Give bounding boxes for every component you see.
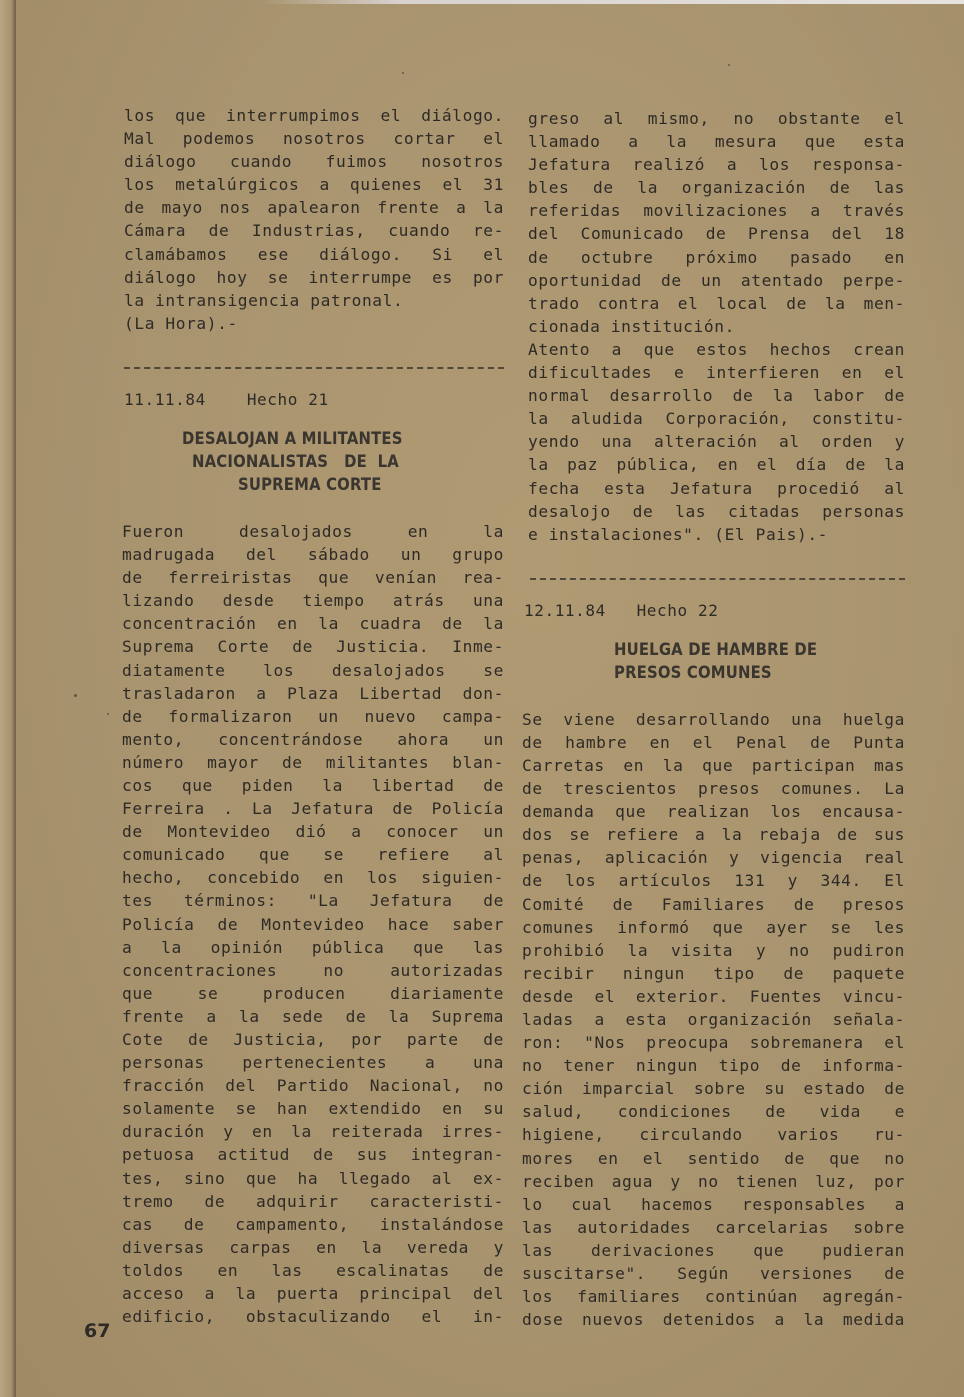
entry-meta: 12.11.84 Hecho 22 <box>524 598 905 624</box>
text-line: mento, concentrándose ahora un <box>122 728 504 751</box>
text-line: los familiares continúan agregán- <box>522 1285 905 1308</box>
entry-label: Hecho 22 <box>637 601 719 620</box>
text-line: prohibió la visita y no pudiron <box>522 939 905 962</box>
text-line: fecha esta Jefatura procedió al <box>528 477 905 500</box>
text-line: normal desarrollo de la labor de <box>528 384 905 407</box>
text-line: trasladaron a Plaza Libertad don- <box>122 682 504 705</box>
text-line: llamado a la mesura que esta <box>528 130 905 153</box>
text-line: hecho, concebido en los siguien- <box>122 866 504 889</box>
text-line: número mayor de militantes blan- <box>122 751 504 774</box>
text-line: salud, condiciones de vida e <box>522 1100 905 1123</box>
text-line: clamábamos ese diálogo. Si el <box>124 243 504 266</box>
text-line: edificio, obstaculizando el in- <box>122 1305 504 1328</box>
text-line: petuosa actitud de sus integran- <box>122 1143 504 1166</box>
left-column: los que interrumpimos el diálogo. Mal po… <box>124 104 504 1328</box>
text-line: cionada institución. <box>528 315 905 338</box>
text-line: la aludida Corporación, constitu- <box>528 407 905 430</box>
text-line: mores en el sentido de que no <box>522 1147 905 1170</box>
text-line: las derivaciones que pudieran <box>522 1239 905 1262</box>
text-line: Carretas en la que participan mas <box>522 754 905 777</box>
text-line: reciben agua y no tienen luz, por <box>522 1170 905 1193</box>
section-divider <box>124 347 504 369</box>
text-line: suscitarse". Según versiones de <box>522 1262 905 1285</box>
text-line: Atento a que estos hechos crean <box>528 338 905 361</box>
text-line: los metalúrgicos a quienes el 31 <box>124 173 504 196</box>
headline-line: SUPREMA CORTE <box>238 473 477 496</box>
text-line: de los artículos 131 y 344. El <box>522 869 905 892</box>
text-line: Jefatura realizó a los responsa- <box>528 153 905 176</box>
text-line: de trescientos presos comunes. La <box>522 777 905 800</box>
text-line: referidas movilizaciones a través <box>528 199 905 222</box>
text-line: de ferreiristas que venían rea- <box>122 566 504 589</box>
text-line: Policía de Montevideo hace saber <box>122 913 504 936</box>
text-line: dificultades e interfieren en el <box>528 361 905 384</box>
text-line: yendo una alteración al orden y <box>528 430 905 453</box>
text-line: trado contra el local de la men- <box>528 292 905 315</box>
text-line: bles de la organización de las <box>528 176 905 199</box>
text-line: comunicado que se refiere al <box>122 843 504 866</box>
entry-label: Hecho 21 <box>247 390 329 409</box>
text-line: de formalizaron un nuevo campa- <box>122 705 504 728</box>
text-line: los que interrumpimos el diálogo. <box>124 104 504 127</box>
text-line: la intransigencia patronal. <box>124 289 504 312</box>
text-line: Ferreira . La Jefatura de Policía <box>122 797 504 820</box>
text-line: acceso a la puerta principal del <box>122 1282 504 1305</box>
text-line: frente a la sede de la Suprema <box>122 1005 504 1028</box>
text-line: ron: "Nos preocupa sobremanera el <box>522 1031 905 1054</box>
text-line: a la opinión pública que las <box>122 936 504 959</box>
right-column: greso al mismo, no obstante el llamado a… <box>520 107 905 1331</box>
text-line: Se viene desarrollando una huelga <box>522 708 905 731</box>
text-line: dos se refiere a la rebaja de sus <box>522 823 905 846</box>
text-line: toldos en las escalinatas de <box>122 1259 504 1282</box>
left-continuation-text: los que interrumpimos el diálogo. Mal po… <box>124 104 504 335</box>
text-line: de mayo nos apalearon frente a la <box>124 196 504 219</box>
right-continuation-text: greso al mismo, no obstante el llamado a… <box>528 107 905 546</box>
text-line: diatamente los desalojados se <box>122 659 504 682</box>
text-line: demanda que realizan los encausa- <box>522 800 905 823</box>
headline-line: DESALOJAN A MILITANTES <box>182 427 472 450</box>
text-line: tes, sino que ha llegado al ex- <box>122 1167 504 1190</box>
page-number: 67 <box>84 1320 110 1342</box>
headline-line: PRESOS COMUNES <box>614 661 876 684</box>
text-line: ladas a esta organización señala- <box>522 1008 905 1031</box>
paper-speck <box>74 694 77 697</box>
text-line: tes términos: "La Jefatura de <box>122 889 504 912</box>
text-line: lo cual hacemos responsables a <box>522 1193 905 1216</box>
text-line: solamente se han extendido en su <box>122 1097 504 1120</box>
text-line: Mal podemos nosotros cortar el <box>124 127 504 150</box>
text-line: greso al mismo, no obstante el <box>528 107 905 130</box>
text-line: duración y en la reiterada irres- <box>122 1120 504 1143</box>
entry-date: 11.11.84 <box>124 390 206 409</box>
entry-headline: DESALOJAN A MILITANTES NACIONALISTAS DE … <box>182 427 504 496</box>
source-citation: (La Hora).- <box>124 312 504 335</box>
text-line: concentración en la cuadra de la <box>122 612 504 635</box>
text-line: recibir ningun tipo de paquete <box>522 962 905 985</box>
text-line: desde el exterior. Fuentes vincu- <box>522 985 905 1008</box>
text-line: concentraciones no autorizadas <box>122 959 504 982</box>
book-binding-edge <box>0 0 16 1397</box>
text-line: tremo de adquirir caracteristi- <box>122 1190 504 1213</box>
entry-body: Fueron desalojados en la madrugada del s… <box>122 520 504 1328</box>
text-line: Cote de Justicia, por parte de <box>122 1028 504 1051</box>
text-line: diálogo cuando fuimos nosotros <box>124 150 504 173</box>
text-line: personas pertenecientes a una <box>122 1051 504 1074</box>
text-line: desalojo de las citadas personas <box>528 500 905 523</box>
paper-speck <box>107 713 109 715</box>
text-line: Cámara de Industrias, cuando re- <box>124 219 504 242</box>
paper-speck <box>728 64 730 66</box>
text-line: cos que piden la libertad de <box>122 774 504 797</box>
text-line: Comité de Familiares de presos <box>522 893 905 916</box>
text-line: cas de campamento, instalándose <box>122 1213 504 1236</box>
text-line: fracción del Partido Nacional, no <box>122 1074 504 1097</box>
page-top-edge <box>260 0 964 4</box>
headline-line: HUELGA DE HAMBRE DE <box>614 638 876 661</box>
text-line: higiene, circulando varios ru- <box>522 1123 905 1146</box>
text-line: de Montevideo dió a conocer un <box>122 820 504 843</box>
text-line: que se producen diariamente <box>122 982 504 1005</box>
text-line: las autoridades carcelarias sobre <box>522 1216 905 1239</box>
text-line: madrugada del sábado un grupo <box>122 543 504 566</box>
source-citation: e instalaciones". (El Pais).- <box>528 523 905 546</box>
text-line: no tener ningun tipo de informa- <box>522 1054 905 1077</box>
text-line: de hambre en el Penal de Punta <box>522 731 905 754</box>
entry-headline: HUELGA DE HAMBRE DE PRESOS COMUNES <box>614 638 905 684</box>
text-line: diálogo hoy se interrumpe es por <box>124 266 504 289</box>
section-divider <box>530 558 905 580</box>
text-line: penas, aplicación y vigencia real <box>522 846 905 869</box>
text-line: oportunidad de un atentado perpe- <box>528 269 905 292</box>
entry-meta: 11.11.84 Hecho 21 <box>124 387 504 413</box>
text-line: la paz pública, en el día de la <box>528 453 905 476</box>
text-line: diversas carpas en la vereda y <box>122 1236 504 1259</box>
paper-speck <box>402 72 404 74</box>
text-line: Suprema Corte de Justicia. Inme- <box>122 635 504 658</box>
text-line: lizando desde tiempo atrás una <box>122 589 504 612</box>
text-line: comunes informó que ayer se les <box>522 916 905 939</box>
text-line: del Comunicado de Prensa del 18 <box>528 222 905 245</box>
entry-date: 12.11.84 <box>524 601 606 620</box>
entry-body: Se viene desarrollando una huelga de ham… <box>522 708 905 1332</box>
text-line: dose nuevos detenidos a la medida <box>522 1308 905 1331</box>
text-line: ción imparcial sobre su estado de <box>522 1077 905 1100</box>
text-line: de octubre próximo pasado en <box>528 246 905 269</box>
text-line: Fueron desalojados en la <box>122 520 504 543</box>
headline-line: NACIONALISTAS DE LA <box>192 450 473 473</box>
